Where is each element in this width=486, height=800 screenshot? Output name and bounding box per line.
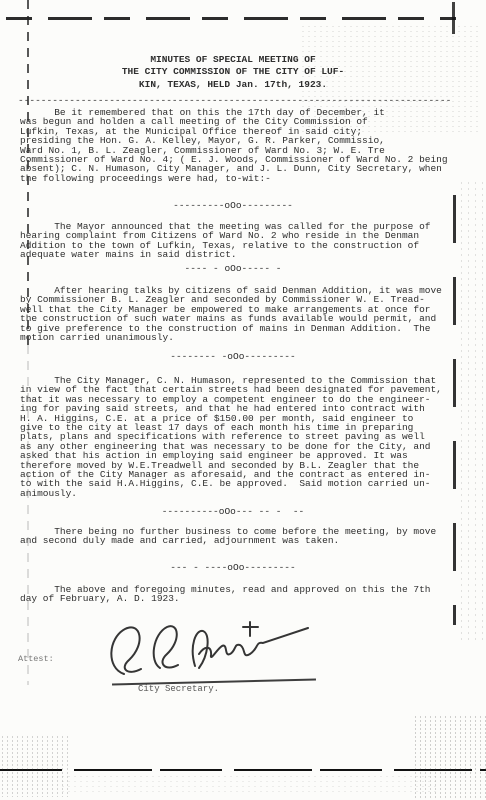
signature-title-label: City Secretary.: [138, 685, 219, 694]
paragraph-opening: Be it remembered that on this the 17th d…: [20, 108, 466, 183]
section-separator: ----------oOo--- -- - --: [20, 507, 446, 516]
paragraph-adjournment: There being no further business to come …: [20, 527, 466, 546]
scan-noise-bottom-strip: [60, 774, 440, 796]
attest-label: Attest:: [18, 655, 54, 664]
section-separator: ---------oOo---------: [20, 201, 446, 210]
section-separator: --- - ----oOo---------: [20, 563, 446, 572]
section-separator: -------- -oOo---------: [20, 352, 446, 361]
section-separator: ---- - oOo----- -: [20, 264, 446, 273]
paragraph-purpose: The Mayor announced that the meeting was…: [20, 222, 466, 260]
header-rule: ----------------------------------------…: [18, 96, 464, 105]
paragraph-approval: The above and foregoing minutes, read an…: [20, 585, 466, 604]
paragraph-engineer-contract: The City Manager, C. N. Humason, represe…: [20, 376, 466, 498]
paragraph-water-mains-motion: After hearing talks by citizens of said …: [20, 286, 466, 342]
document-title: MINUTES OF SPECIAL MEETING OF THE CITY C…: [20, 54, 446, 91]
scan-edge-line-top: [6, 17, 456, 20]
scanned-minutes-page: MINUTES OF SPECIAL MEETING OF THE CITY C…: [0, 0, 486, 800]
